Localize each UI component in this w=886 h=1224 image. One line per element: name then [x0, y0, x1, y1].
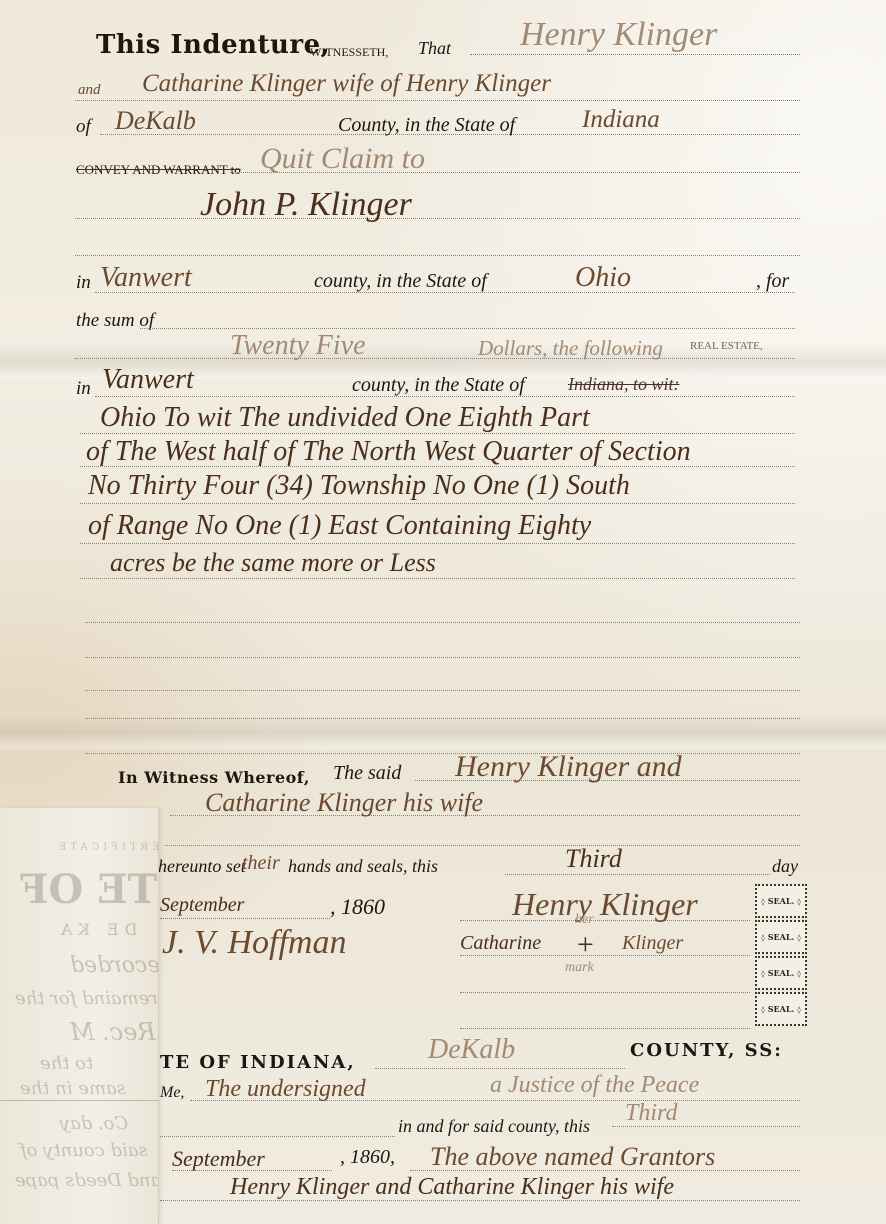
witness-year: , 1860: [330, 894, 385, 920]
fill-line: [85, 657, 800, 658]
seal-box: SEAL.: [755, 920, 807, 954]
seal-box: SEAL.: [755, 884, 807, 918]
flap-ghost-text: and Deeds pape: [15, 1170, 159, 1191]
state-of-indiana-heading: TE OF INDIANA,: [160, 1052, 356, 1073]
grantee-name: John P. Klinger: [200, 186, 412, 224]
ack-officer-title: a Justice of the Peace: [490, 1072, 699, 1099]
fill-line: [375, 1068, 625, 1069]
that-label: That: [418, 38, 451, 59]
sum-amount: Twenty Five: [230, 330, 366, 362]
grantor-2-name: Catharine Klinger wife of Henry Klinger: [142, 70, 551, 98]
signer-2-mark-top: her: [575, 912, 594, 928]
flap-ghost-text: to the: [40, 1053, 93, 1074]
fill-line: [165, 845, 800, 846]
signature-line: [460, 992, 750, 993]
grantor-county: DeKalb: [115, 106, 196, 136]
in-label: in: [76, 378, 91, 400]
ack-year: , 1860,: [340, 1146, 395, 1169]
fill-line: [85, 753, 800, 754]
signer-2-first: Catharine: [460, 932, 541, 955]
flap-ghost-text: Recorded: [70, 953, 159, 978]
fill-line: [160, 918, 330, 919]
in-label: in: [76, 272, 91, 294]
fill-line: [80, 503, 795, 504]
county-state-label: county, in the State of: [352, 374, 525, 397]
seal-label: SEAL.: [768, 932, 795, 942]
flap-ghost-text: same in the: [20, 1078, 126, 1099]
hands-seals-label: hands and seals, this: [288, 856, 438, 877]
ack-officer: The undersigned: [205, 1076, 366, 1103]
hereunto-label: hereunto set: [158, 856, 246, 877]
signer-2-mark-bottom: mark: [565, 960, 594, 976]
seal-box: SEAL.: [755, 992, 807, 1026]
witness-names-2: Catharine Klinger his wife: [205, 788, 483, 818]
flap-ghost-text: CERTIFICATE: [55, 842, 159, 853]
fill-line: [140, 328, 795, 329]
ack-month: September: [172, 1146, 265, 1172]
fill-line: [75, 358, 795, 359]
indenture-title: This Indenture,: [96, 30, 330, 60]
real-estate-label: REAL ESTATE,: [690, 340, 763, 352]
flap-ghost-text: Rec. M: [70, 1018, 156, 1046]
grantee-county: Vanwert: [100, 262, 192, 294]
in-and-for-label: in and for said county, this: [398, 1116, 590, 1137]
description-line-3: No Thirty Four (34) Township No One (1) …: [88, 470, 630, 502]
ack-county: DeKalb: [428, 1034, 515, 1066]
witnesseth-label: WITNESSETH,: [310, 45, 388, 60]
witness-signature: J. V. Hoffman: [162, 924, 346, 962]
of-label: of: [76, 116, 91, 138]
witness-heading: In Witness Whereof,: [118, 768, 310, 787]
ack-grantors-names: Henry Klinger and Catharine Klinger his …: [230, 1174, 674, 1201]
day-label: day: [772, 856, 798, 877]
for-label: , for: [756, 270, 789, 293]
fill-line: [80, 543, 795, 544]
the-said-label: The said: [333, 762, 401, 785]
description-line-1: Ohio To wit The undivided One Eighth Par…: [100, 402, 590, 434]
indiana-to-wit-struck: Indiana, to wit:: [568, 374, 680, 395]
signer-2-last: Klinger: [622, 932, 683, 955]
flap-ghost-text: remaind for the: [15, 988, 158, 1009]
seal-label: SEAL.: [768, 968, 795, 978]
grantee-state: Ohio: [575, 262, 631, 294]
grantor-state: Indiana: [582, 106, 660, 134]
flap-ghost-text: TE OF: [20, 866, 157, 913]
property-county: Vanwert: [102, 364, 194, 396]
quit-claim-text: Quit Claim to: [260, 142, 425, 176]
me-label: Me,: [160, 1084, 184, 1102]
description-line-5: acres be the same more or Less: [110, 548, 436, 578]
fill-line: [410, 1170, 800, 1171]
fill-line: [505, 874, 770, 875]
seal-label: SEAL.: [768, 896, 795, 906]
fill-line: [85, 690, 800, 691]
witness-day: Third: [565, 844, 622, 874]
signer-1-signature: Henry Klinger: [512, 886, 698, 923]
fill-line: [470, 54, 800, 55]
folded-flap: CERTIFICATE TE OF DE KA Recorded remaind…: [0, 808, 159, 1224]
signer-2-mark: +: [575, 928, 595, 962]
fill-line: [75, 100, 800, 101]
fill-line: [85, 622, 800, 623]
description-line-4: of Range No One (1) East Containing Eigh…: [88, 510, 591, 542]
fill-line: [80, 578, 795, 579]
signature-line: [460, 955, 750, 956]
witness-month: September: [160, 894, 244, 917]
fill-line: [85, 718, 800, 719]
county-state-label: county, in the State of: [314, 270, 487, 293]
county-state-label: County, in the State of: [338, 114, 515, 137]
signature-line: [460, 1028, 750, 1029]
flap-ghost-text: Co. day: [60, 1113, 128, 1134]
ack-day: Third: [625, 1100, 677, 1127]
county-ss-label: COUNTY, SS:: [630, 1040, 783, 1061]
fill-line: [75, 255, 800, 256]
paper-fold: [0, 715, 886, 749]
convey-warrant-struck: CONVEY AND WARRANT to: [76, 162, 241, 178]
seal-label: SEAL.: [768, 1004, 795, 1014]
dollars-label: Dollars, the following: [478, 336, 663, 361]
flap-ghost-text: said county of: [20, 1140, 148, 1161]
seal-box: SEAL.: [755, 956, 807, 990]
fill-line: [75, 218, 800, 219]
fill-line: [160, 1136, 395, 1137]
witness-names-1: Henry Klinger and: [455, 750, 682, 784]
their-text: their: [242, 852, 280, 875]
flap-ghost-text: DE KA: [55, 920, 137, 939]
grantor-1-name: Henry Klinger: [520, 16, 717, 54]
flap-crease: [0, 1100, 158, 1101]
ack-grantors-text: The above named Grantors: [430, 1142, 715, 1172]
and-label: and: [78, 82, 101, 99]
description-line-2: of The West half of The North West Quart…: [86, 436, 691, 468]
